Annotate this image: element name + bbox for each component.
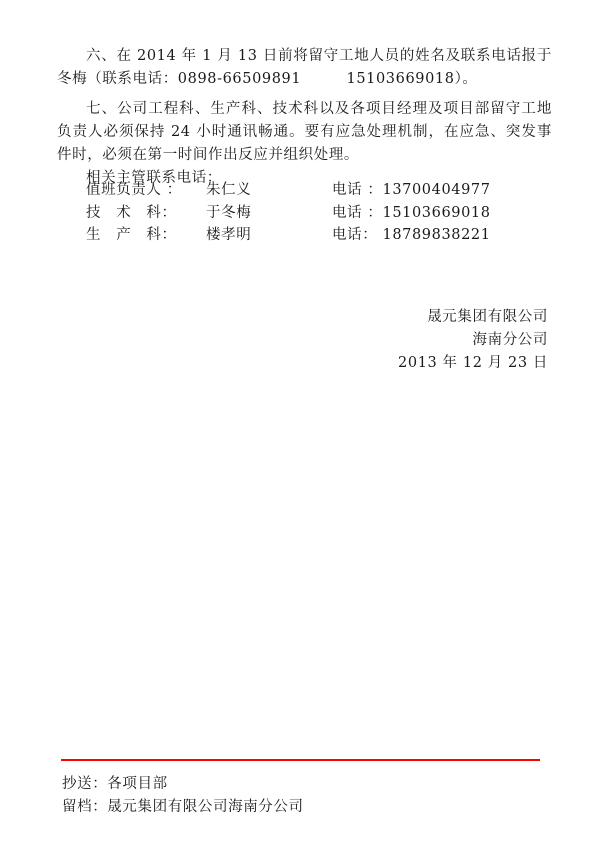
contact-name: 楼孝明 [206,224,251,247]
contact-phone: 电话 ：15103669018 [332,202,491,225]
contact-name: 于冬梅 [206,202,251,225]
contact-role: 生 产 科： [86,224,177,247]
contact-role: 值班负责人 ： [86,179,182,202]
document-page: 六、在 2014 年 1 月 13 日前将留守工地人员的姓名及联系电话报于冬梅（… [0,0,610,863]
paragraph-item-6: 六、在 2014 年 1 月 13 日前将留守工地人员的姓名及联系电话报于冬梅（… [57,45,552,91]
footer-cc: 抄送：各项目部 [62,773,168,796]
contact-row: 值班负责人 ： 朱仁义 电话 ：13700404977 [86,179,556,202]
paragraph-item-7: 七、公司工程科、生产科、技术科以及各项目经理及项目部留守工地负责人必须保持 24… [57,98,552,167]
signature-branch: 海南分公司 [473,329,549,352]
contact-name: 朱仁义 [206,179,251,202]
contact-row: 生 产 科： 楼孝明 电话： 18789838221 [86,224,556,247]
contact-phone: 电话： 18789838221 [332,224,491,247]
contact-role: 技 术 科： [86,202,177,225]
signature-date: 2013 年 12 月 23 日 [398,352,548,375]
footer-archive: 留档：晟元集团有限公司海南分公司 [62,796,304,819]
footer-red-divider [61,759,540,761]
contact-row: 技 术 科： 于冬梅 电话 ：15103669018 [86,202,556,225]
contact-phone: 电话 ：13700404977 [332,179,491,202]
signature-company: 晟元集团有限公司 [427,306,548,329]
